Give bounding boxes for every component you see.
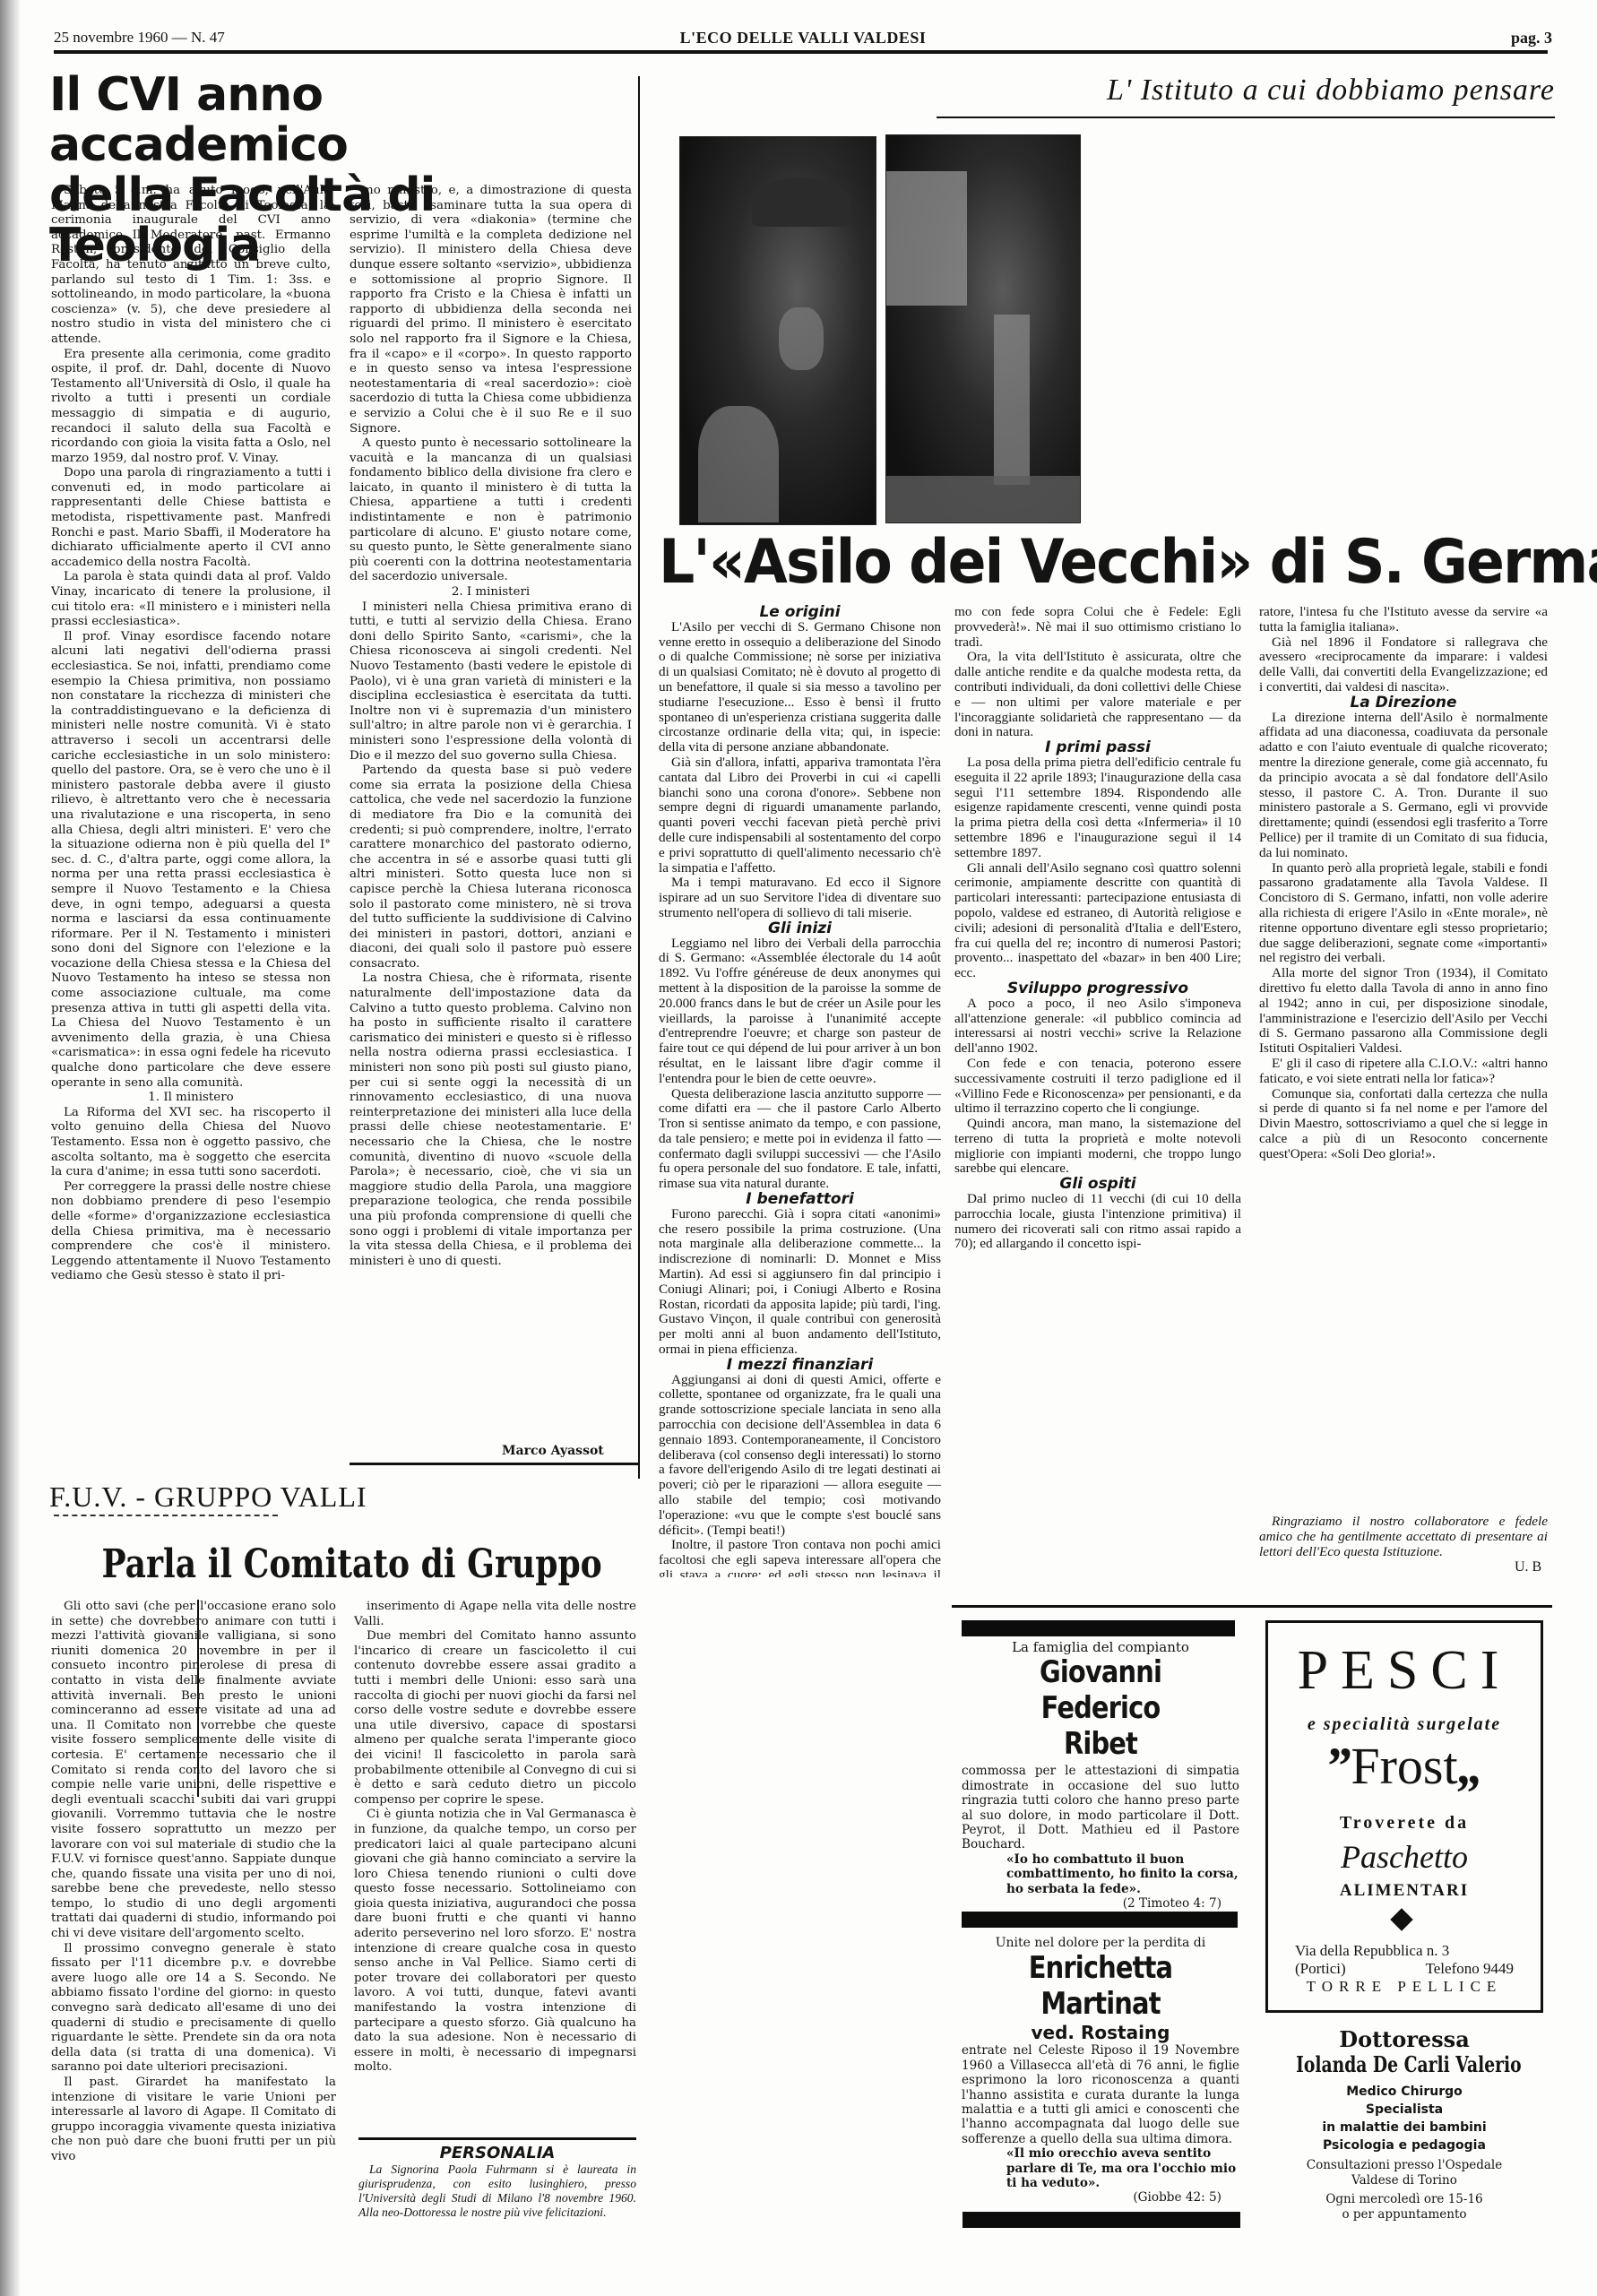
acknowledgement-note: Ringraziamo il nostro collaboratore e fe… [1259,1515,1548,1559]
masthead: 25 novembre 1960 — N. 47 L'ECO DELLE VAL… [54,25,1552,52]
asilo-column-1: Le origini L'Asilo per vecchi di S. Germ… [659,605,941,1577]
section-heading: La Direzione [1259,695,1548,711]
section-heading: I primi passi [954,740,1241,755]
personalia-box: PERSONALIA La Signorina Paola Fuhrmann s… [358,2144,636,2220]
obituary-black-border [962,1620,1235,1636]
section-heading: Le origini [659,605,941,620]
section-heading: Gli inizi [659,921,941,937]
column-divider [638,76,640,1479]
ad-brand: ”Frost„ [1268,1736,1541,1796]
initials: U. B [1515,1559,1541,1575]
personalia-heading: PERSONALIA [358,2144,636,2162]
subhead-ministeri: 2. I ministeri [350,585,632,600]
section-heading: I benefattori [659,1192,941,1207]
deceased-name: Giovanni Federico [982,1654,1219,1726]
obituary-ribet: La famiglia del compianto Giovanni Feder… [962,1640,1239,1926]
deceased-surname: Ribet [982,1726,1219,1762]
page-number: pag. 3 [1511,29,1552,47]
masthead-rule [54,50,1548,54]
face-shape [779,307,824,370]
deceased-name: Enrichetta Martinat [982,1950,1219,2022]
ad-pesci-frost: PESCI e specialità surgelate ”Frost„ Tro… [1265,1620,1543,2013]
asilo-kicker: L' Istituto a cui dobbiamo pensare [963,73,1555,108]
section-heading: I mezzi finanziari [659,1358,941,1373]
personalia-text: La Signorina Paola Fuhrmann si è laureat… [358,2162,636,2220]
newspaper-page: 25 novembre 1960 — N. 47 L'ECO DELLE VAL… [0,0,1597,2296]
bible-quote: «Il mio orecchio aveva sentito parlare d… [1006,2146,1239,2190]
section-heading: Sviluppo progressivo [954,981,1241,997]
asilo-headline: L'«Asilo dei Vecchi» di S. Germano [659,529,1492,597]
section-rule [952,1605,1552,1608]
diamond-icon [1390,1908,1412,1930]
shoulder-shape [698,406,779,522]
cvi-column-2: mo ministro, e, a dimostrazione di quest… [350,184,632,1461]
inner-box-rule [197,1600,199,1797]
ad-headline: PESCI [1268,1639,1541,1703]
sheet-shape [886,171,967,306]
doctor-name: Iolanda De Carli Valerio [1296,2052,1513,2077]
section-rule [350,1463,638,1465]
cvi-column-1: Sabato 5 c.m. ha avuto luogo, nell'Aula … [51,184,331,1474]
asilo-column-3: ratore, l'intesa fu che l'Istituto avess… [1259,605,1548,1501]
subhead-ministero: 1. Il ministero [51,1091,331,1106]
obituary-martinat: Unite nel dolore per la perdita di Enric… [962,1936,1239,2205]
fuv-column-2: inserimento di Agape nella vita delle no… [354,1600,636,2084]
obituary-black-border [962,1912,1238,1928]
asilo-column-2: mo con fede sopra Colui che è Fedele: Eg… [954,605,1241,1586]
ad-doctor: Dottoressa Iolanda De Carli Valerio Medi… [1265,2027,1543,2223]
newspaper-name: L'ECO DELLE VALLI VALDESI [54,29,1552,47]
personalia-rule [358,2137,636,2140]
fuv-headline: Parla il Comitato di Gruppo [102,1541,580,1587]
hat-shape [752,177,850,227]
author-signature: Marco Ayassot [502,1444,604,1458]
section-heading: Gli ospiti [954,1177,1241,1192]
obituary-black-border [963,2212,1240,2228]
photo-elderly-man-with-hat [679,136,876,525]
kicker-rule [54,1515,278,1517]
photo-elderly-woman-outdoors [885,134,1081,523]
scan-edge-shadow [0,0,20,2296]
fuv-column-1: Gli otto savi (che per l'occasione erano… [51,1600,336,2281]
fuv-kicker: F.U.V. - GRUPPO VALLI [49,1480,367,1514]
figure-apron-shape [994,315,1030,485]
ad-shop-name: Paschetto [1268,1838,1541,1876]
kicker-rule [937,117,1555,118]
ground-shape [886,476,1080,522]
bible-quote: «Io ho combattuto il buon combattimento,… [1006,1852,1239,1896]
